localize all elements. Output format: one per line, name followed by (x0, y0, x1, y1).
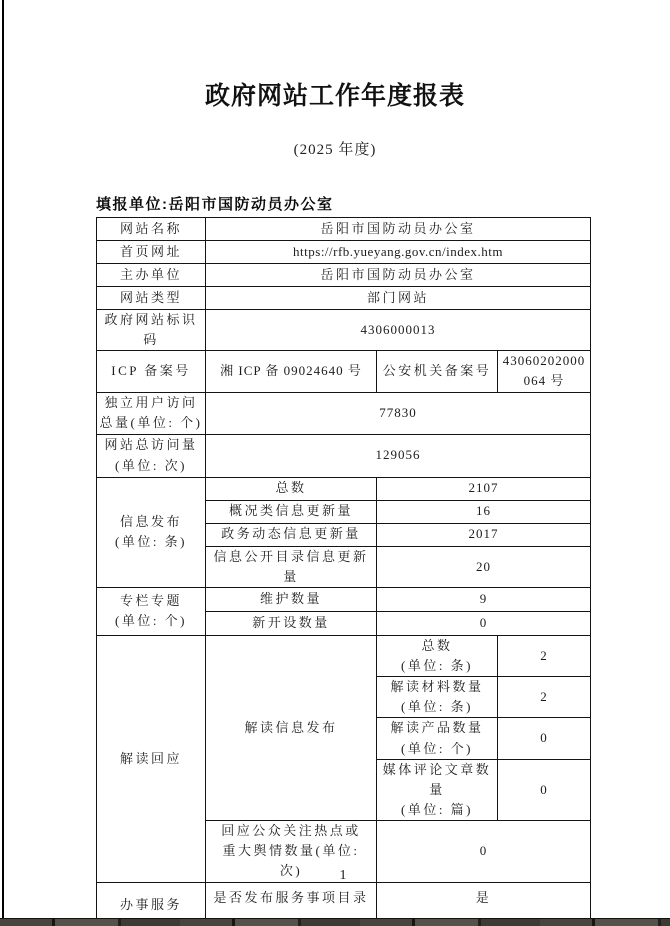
icp-label: ICP 备案号 (97, 351, 206, 392)
police-record-value: 43060202000 064 号 (498, 351, 591, 392)
table-row: 主办单位 岳阳市国防动员办公室 (97, 264, 591, 287)
interp-media-value: 0 (498, 759, 591, 820)
table-row: 网站类型 部门网站 (97, 287, 591, 310)
site-id-code-value: 4306000013 (206, 310, 591, 351)
table-row: ICP 备案号 湘 ICP 备 09024640 号 公安机关备案号 43060… (97, 351, 591, 392)
homepage-url-label: 首页网址 (97, 241, 206, 264)
table-row: 首页网址 https://rfb.yueyang.gov.cn/index.ht… (97, 241, 591, 264)
table-row: 信息发布 (单位: 条) 总数 2107 (97, 477, 591, 500)
table-row: 解读回应 解读信息发布 总数 (单位: 条) 2 (97, 635, 591, 676)
maintained-count-label: 维护数量 (206, 587, 377, 611)
table-row: 办事服务 是否发布服务事项目录 是 (97, 882, 591, 920)
page-title: 政府网站工作年度报表 (0, 76, 670, 112)
info-directory-label: 信息公开目录信息更新量 (206, 546, 377, 587)
info-total-label: 总数 (206, 477, 377, 500)
page-subtitle: (2025 年度) (0, 138, 670, 159)
interp-total-value: 2 (498, 635, 591, 676)
website-type-value: 部门网站 (206, 287, 591, 310)
page-number: 1 (96, 868, 590, 884)
total-visits-label: 网站总访问量 (单位: 次) (97, 434, 206, 477)
interp-media-label: 媒体评论文章数量 (单位: 篇) (377, 759, 498, 820)
interp-material-label: 解读材料数量 (单位: 条) (377, 677, 498, 718)
unique-visitors-label: 独立用户访问总量(单位: 个) (97, 392, 206, 434)
interpretation-section-label: 解读回应 (97, 635, 206, 882)
total-visits-value: 129056 (206, 434, 591, 477)
police-record-label: 公安机关备案号 (377, 351, 498, 392)
host-unit-value: 岳阳市国防动员办公室 (206, 264, 591, 287)
maintained-count-value: 9 (377, 587, 591, 611)
info-overview-value: 16 (377, 500, 591, 523)
info-publish-section-label: 信息发布 (单位: 条) (97, 477, 206, 587)
table-row: 专栏专题 (单位: 个) 维护数量 9 (97, 587, 591, 611)
site-id-code-label: 政府网站标识码 (97, 310, 206, 351)
services-section-label: 办事服务 (97, 882, 206, 920)
website-name-value: 岳阳市国防动员办公室 (206, 218, 591, 241)
info-dynamic-value: 2017 (377, 523, 591, 546)
info-directory-value: 20 (377, 546, 591, 587)
new-count-label: 新开设数量 (206, 611, 377, 635)
service-directory-value: 是 (377, 882, 591, 920)
unique-visitors-value: 77830 (206, 392, 591, 434)
table-row: 网站总访问量 (单位: 次) 129056 (97, 434, 591, 477)
homepage-url-value: https://rfb.yueyang.gov.cn/index.htm (206, 241, 591, 264)
interpretation-publish-label: 解读信息发布 (206, 635, 377, 820)
report-unit-line: 填报单位:岳阳市国防动员办公室 (96, 193, 334, 214)
table-row: 政府网站标识码 4306000013 (97, 310, 591, 351)
info-overview-label: 概况类信息更新量 (206, 500, 377, 523)
report-page: 政府网站工作年度报表 (2025 年度) 填报单位:岳阳市国防动员办公室 网站名… (0, 0, 670, 926)
icp-value: 湘 ICP 备 09024640 号 (206, 351, 377, 392)
special-columns-section-label: 专栏专题 (单位: 个) (97, 587, 206, 635)
website-name-label: 网站名称 (97, 218, 206, 241)
annual-report-table: 网站名称 岳阳市国防动员办公室 首页网址 https://rfb.yueyang… (96, 217, 591, 921)
host-unit-label: 主办单位 (97, 264, 206, 287)
interp-material-value: 2 (498, 677, 591, 718)
interp-product-label: 解读产品数量 (单位: 个) (377, 718, 498, 759)
table-row: 网站名称 岳阳市国防动员办公室 (97, 218, 591, 241)
interp-total-label: 总数 (单位: 条) (377, 635, 498, 676)
new-count-value: 0 (377, 611, 591, 635)
next-page-edge (0, 918, 670, 926)
info-dynamic-label: 政务动态信息更新量 (206, 523, 377, 546)
interp-product-value: 0 (498, 718, 591, 759)
service-directory-label: 是否发布服务事项目录 (206, 882, 377, 920)
website-type-label: 网站类型 (97, 287, 206, 310)
info-total-value: 2107 (377, 477, 591, 500)
table-row: 独立用户访问总量(单位: 个) 77830 (97, 392, 591, 434)
